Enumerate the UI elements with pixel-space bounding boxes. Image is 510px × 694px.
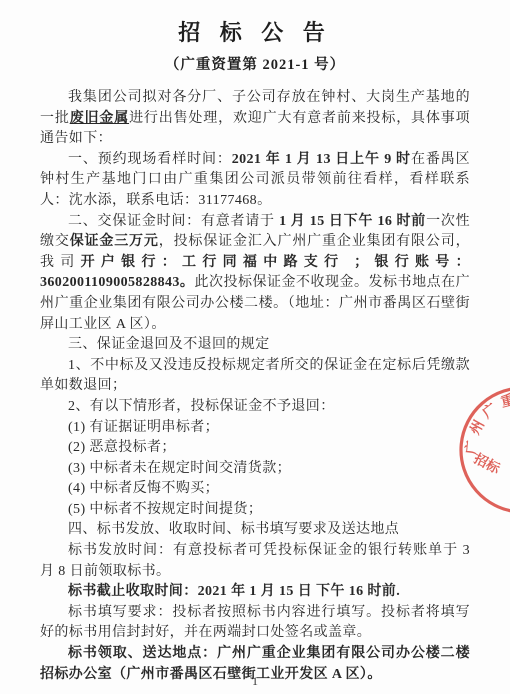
text-run: 废旧金属: [70, 111, 129, 126]
text-run: 标书填写要求：投标者按照标书内容进行填写。投标者将填写好的标书用信封封好，并在两…: [40, 605, 470, 641]
paragraph: 标书发放时间：有意投标者可凭投标保证金的银行转账单于 3 月 8 日前领取标书。: [40, 541, 470, 582]
text-run: (1) 有证据证明串标者；: [68, 420, 219, 435]
text-run: (2) 恶意投标者；: [68, 440, 176, 455]
text-run: 1 月 15 日下午 16 时前: [279, 214, 426, 229]
paragraph: (1) 有证据证明串标者；: [40, 418, 470, 439]
paragraph: 四、标书发放、收取时间、标书填写要求及送达地点: [40, 520, 470, 541]
paragraph: (5) 中标者不按规定时间提货；: [40, 500, 470, 521]
text-run: 标书发放时间：有意投标者可凭投标保证金的银行转账单于 3 月 8 日前领取标书。: [40, 543, 470, 579]
text-run: 二、交保证金时间：有意者请于: [68, 214, 279, 229]
text-run: 1、不中标及又没违反投标规定者所交的保证金在定标后凭缴款单如数退回；: [40, 358, 470, 394]
paragraph: 标书填写要求：投标者按照标书内容进行填写。投标者将填写好的标书用信封封好，并在两…: [40, 603, 470, 644]
paragraph: (4) 中标者反悔不购买；: [40, 479, 470, 500]
paragraph: 二、交保证金时间：有意者请于 1 月 15 日下午 16 时前一次性缴交保证金三…: [40, 212, 470, 336]
paragraph: 2、有以下情形者，投标保证金不予退回：: [40, 397, 470, 418]
paragraph: (3) 中标者未在规定时间交清货款；: [40, 459, 470, 480]
text-run: 一、预约现场看样时间：: [68, 152, 232, 167]
text-run: 四、标书发放、收取时间、标书填写要求及送达地点: [68, 522, 399, 537]
page-number: 1: [0, 674, 510, 689]
text-run: 三、保证金退回及不退回的规定: [68, 337, 270, 352]
document-page: 招 标 公 告 （广重资置第 2021-1 号） 我集团公司拟对各分厂、子公司存…: [0, 0, 510, 694]
page-title: 招 标 公 告: [0, 16, 510, 47]
text-run: (3) 中标者未在规定时间交清货款；: [68, 461, 291, 476]
text-run: 标书截止收取时间：2021 年 1 月 15 日 下午 16 时前.: [68, 584, 400, 599]
text-run: 保证金三万元: [70, 234, 159, 249]
text-run: 2021 年 1 月 13 日上午 9 时: [232, 152, 411, 167]
text-run: 2、有以下情形者，投标保证金不予退回：: [68, 399, 335, 414]
paragraph: (2) 恶意投标者；: [40, 438, 470, 459]
paragraph: 标书截止收取时间：2021 年 1 月 15 日 下午 16 时前.: [40, 582, 470, 603]
paragraph: 一、预约现场看样时间：2021 年 1 月 13 日上午 9 时在番禺区钟村生产…: [40, 150, 470, 212]
document-body: 我集团公司拟对各分厂、子公司存放在钟村、大岗生产基地的一批废旧金属进行出售处理，…: [40, 88, 470, 685]
text-run: (5) 中标者不按规定时间提货；: [68, 502, 262, 517]
seal-inner-text: 招标: [471, 449, 504, 476]
paragraph: 三、保证金退回及不退回的规定: [40, 335, 470, 356]
paragraph: 1、不中标及又没违反投标规定者所交的保证金在定标后凭缴款单如数退回；: [40, 356, 470, 397]
document-number: （广重资置第 2021-1 号）: [0, 53, 510, 74]
text-run: (4) 中标者反悔不购买；: [68, 481, 219, 496]
paragraph: 我集团公司拟对各分厂、子公司存放在钟村、大岗生产基地的一批废旧金属进行出售处理，…: [40, 88, 470, 150]
